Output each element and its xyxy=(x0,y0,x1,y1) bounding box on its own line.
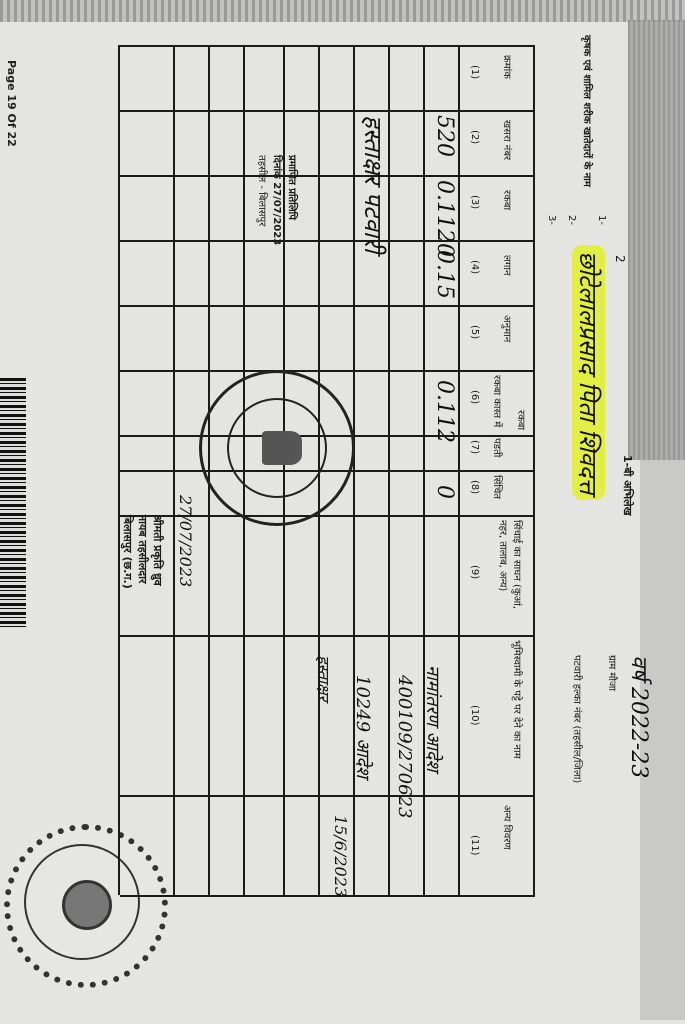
officer-name: श्रीमती प्रकृति ध्रुव xyxy=(150,515,165,586)
b1-record-form: कृषक एवं शामिल शरीक खातेदारों के नाम 2 1… xyxy=(25,15,665,1015)
case-number: 400109/270623 xyxy=(394,675,415,819)
area-value: 0.1120 xyxy=(432,180,457,257)
row-marker-3: 3- xyxy=(546,215,557,225)
page-marker: 2 xyxy=(613,255,627,263)
col-num-1: (1) xyxy=(469,65,480,79)
village-label: ग्राम मौजा xyxy=(606,655,620,691)
col-line xyxy=(120,895,535,897)
col-header-2: खसरा नंबर xyxy=(501,120,515,160)
col-header-8: सिंचित xyxy=(491,475,505,499)
officer-designation: नायब तहसीलदार xyxy=(135,515,150,584)
certified-copy-stamp-line2: दिनांक 27/07/2023 xyxy=(271,155,285,245)
group-header-area: रकबा xyxy=(515,410,529,430)
certified-date: 27/07/2023 xyxy=(176,495,195,587)
rent-value: 0.15 xyxy=(432,250,457,299)
col-header-9: सिंचाई का साधन (कुआं, नहर, तालाब, अन्य) xyxy=(497,520,525,630)
village-subtext: पटवारी हल्का नंबर (तहसील/जिला) xyxy=(571,655,585,783)
row-marker-2: 2- xyxy=(566,215,577,225)
order-reference: 10249 आदेश xyxy=(351,675,375,778)
col-header-6: रकबा कास्त में xyxy=(491,375,505,427)
page-number-label: Page 19 Of 22 xyxy=(5,60,18,147)
form-title: 1-बी अभिलेख xyxy=(620,455,635,516)
col-header-11: अन्य विवरण xyxy=(501,805,515,885)
col-line xyxy=(120,45,535,47)
col-line xyxy=(120,635,535,637)
col-line xyxy=(120,795,535,797)
owner-name-handwritten: छोटेलालप्रसाद पिता शिवदत्त xyxy=(572,245,605,500)
order-date: 15/6/2023 xyxy=(331,815,350,897)
col-num-2: (2) xyxy=(469,130,480,144)
owner-names-label: कृषक एवं शामिल शरीक खातेदारों के नाम xyxy=(581,35,595,187)
fallow-value: 0 xyxy=(432,485,457,499)
col-num-11: (11) xyxy=(469,835,480,856)
col-line xyxy=(120,370,535,372)
col-num-6: (6) xyxy=(469,390,480,404)
col-num-7: (7) xyxy=(469,440,480,454)
barcode xyxy=(0,378,26,628)
signature-1: हस्ताक्षर xyxy=(313,655,335,701)
col-header-5: अनुमान xyxy=(501,315,515,342)
remark-mutation: नामांतरण आदेश xyxy=(421,665,445,772)
col-line xyxy=(120,110,535,112)
col-num-4: (4) xyxy=(469,260,480,274)
patwari-signature: हस्ताक्षर पटवारी xyxy=(357,115,390,253)
col-num-3: (3) xyxy=(469,195,480,209)
col-num-5: (5) xyxy=(469,325,480,339)
col-header-1: क्रमांक xyxy=(501,55,515,79)
cultivated-area-value: 0.112 xyxy=(432,380,457,443)
col-header-4: लगान xyxy=(501,255,515,276)
col-num-9: (9) xyxy=(469,565,480,579)
col-header-7: पडती xyxy=(491,438,505,457)
col-line xyxy=(120,240,535,242)
col-header-3: रकबा xyxy=(501,190,515,210)
col-line xyxy=(120,305,535,307)
ashoka-emblem-icon xyxy=(262,431,302,465)
khasra-number: 520 xyxy=(432,115,457,157)
row-marker-1: 1- xyxy=(596,215,607,225)
col-num-10: (10) xyxy=(469,705,480,726)
office-round-stamp xyxy=(199,370,355,526)
col-header-10: भूमिस्वामी के पट्टे पर देने का नाम xyxy=(511,640,525,790)
officer-location: बिलासपुर (छ.ग.) xyxy=(120,515,135,589)
certified-copy-stamp-line1: प्रमाणित प्रतिलिपि xyxy=(286,155,300,220)
document-photo: Page 19 Of 22 कृषक एवं शामिल शरीक खातेदा… xyxy=(0,0,685,1024)
col-num-8: (8) xyxy=(469,480,480,494)
year-handwritten: वर्ष 2022-23 xyxy=(625,655,655,778)
certified-copy-stamp-line3: तहसील - बिलासपुर xyxy=(256,155,270,226)
col-line xyxy=(120,175,535,177)
